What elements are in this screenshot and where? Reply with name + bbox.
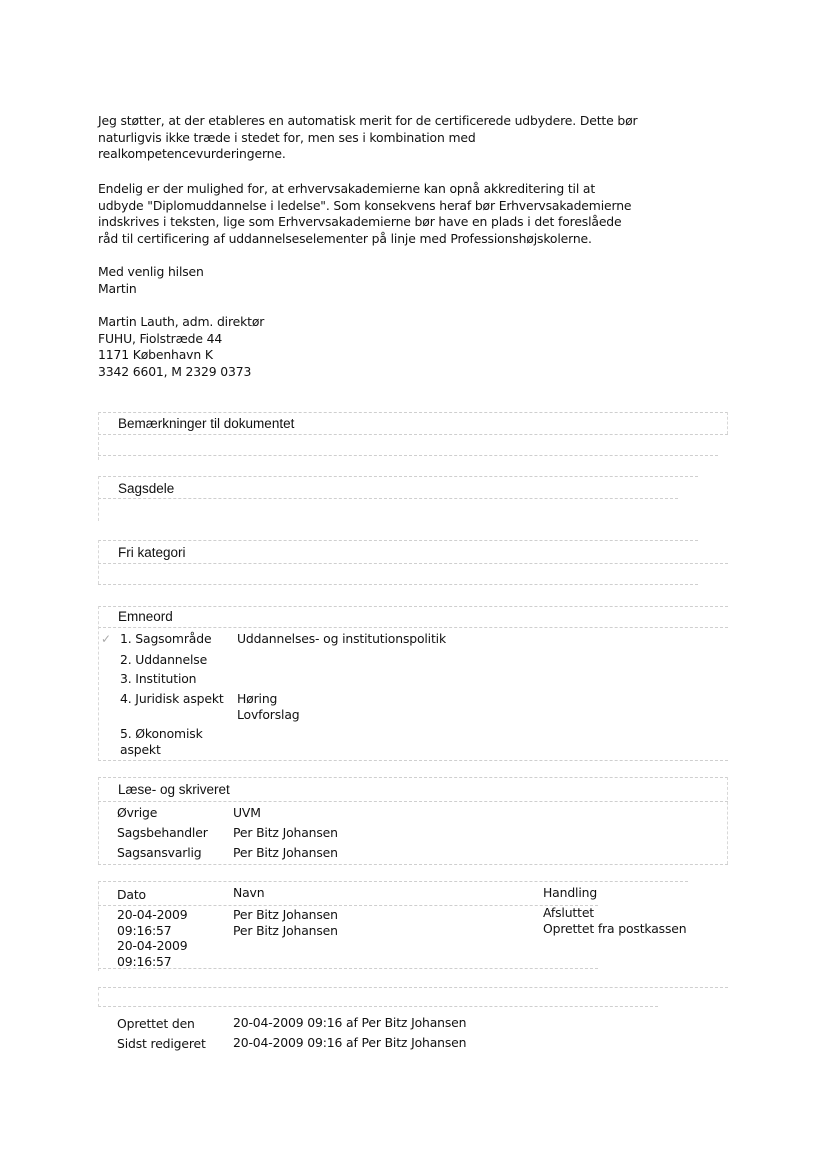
divider: [98, 627, 728, 628]
frame-edge: [98, 540, 99, 584]
signature-name: Martin Lauth, adm. direktør: [98, 314, 738, 331]
divider: [98, 476, 698, 477]
closing-greeting: Med venlig hilsen: [98, 264, 738, 281]
keyword-label: 4. Juridisk aspekt: [120, 689, 224, 709]
keyword-label-cont: aspekt: [120, 740, 161, 760]
history-header-date: Dato: [117, 885, 146, 905]
divider: [98, 760, 728, 761]
history-name: Per Bitz Johansen: [233, 907, 338, 923]
signature-city: 1171 København K: [98, 347, 738, 364]
edited-label: Sidst redigeret: [117, 1034, 206, 1054]
text-line: udbyde "Diplomuddannelse i ledelse". Som…: [98, 198, 738, 215]
frame-edge: [98, 476, 99, 521]
letter-paragraph-1: Jeg støtter, at der etableres en automat…: [98, 113, 738, 163]
date-line: 09:16:57: [117, 923, 188, 939]
signature-phone: 3342 6601, M 2329 0373: [98, 364, 738, 381]
date-line: 20-04-2009: [117, 938, 188, 954]
text-line: Endelig er der mulighed for, at erhvervs…: [98, 181, 738, 198]
check-icon: ✓: [101, 632, 111, 647]
history-header-name: Navn: [233, 883, 264, 903]
divider: [98, 987, 728, 988]
letter-signature: Martin Lauth, adm. direktør FUHU, Fiolst…: [98, 314, 738, 380]
signature-address: FUHU, Fiolstræde 44: [98, 331, 738, 348]
history-name: Per Bitz Johansen: [233, 923, 338, 939]
divider: [98, 606, 728, 607]
text-line: realkompetencevurderingerne.: [98, 146, 738, 163]
divider: [98, 1006, 658, 1007]
history-action: Oprettet fra postkassen: [543, 921, 686, 937]
created-value: 20-04-2009 09:16 af Per Bitz Johansen: [233, 1013, 466, 1033]
text-line: naturligvis ikke træde i stedet for, men…: [98, 130, 738, 147]
frame-edge: [727, 777, 728, 864]
frame-edge: [98, 987, 99, 1007]
edited-value: 20-04-2009 09:16 af Per Bitz Johansen: [233, 1033, 466, 1053]
created-label: Oprettet den: [117, 1014, 195, 1034]
history-date-cell: 20-04-2009 09:16:57 20-04-2009 09:16:57: [117, 907, 188, 969]
access-label: Øvrige: [117, 803, 157, 823]
keyword-value: Uddannelses- og institutionspolitik: [237, 629, 446, 649]
frame-edge: [98, 412, 99, 460]
closing-name: Martin: [98, 281, 738, 298]
text-line: Jeg støtter, at der etableres en automat…: [98, 113, 738, 130]
access-value: Per Bitz Johansen: [233, 823, 338, 843]
access-value: UVM: [233, 803, 261, 823]
keyword-label: 2. Uddannelse: [120, 650, 207, 670]
divider: [98, 864, 728, 865]
history-action: Afsluttet: [543, 905, 686, 921]
keywords-section-title: Emneord: [118, 609, 173, 624]
divider: [98, 881, 688, 882]
frame-edge: [98, 777, 99, 864]
access-section-title: Læse- og skriveret: [118, 782, 230, 797]
divider: [98, 801, 728, 802]
parts-section-title: Sagsdele: [118, 481, 174, 496]
free-category-section-title: Fri kategori: [118, 545, 186, 560]
keyword-label: 1. Sagsområde: [120, 629, 211, 649]
divider: [98, 498, 678, 499]
access-label: Sagsbehandler: [117, 823, 208, 843]
letter-paragraph-2: Endelig er der mulighed for, at erhvervs…: [98, 181, 738, 247]
remarks-section-title: Bemærkninger til dokumentet: [118, 416, 294, 431]
text-line: indskrives i teksten, lige som Erhvervsa…: [98, 214, 738, 231]
divider: [98, 563, 728, 564]
frame-edge: [98, 606, 99, 761]
access-label: Sagsansvarlig: [117, 843, 202, 863]
keyword-label: 3. Institution: [120, 669, 196, 689]
divider: [98, 777, 728, 778]
divider: [98, 540, 698, 541]
keyword-value: Lovforslag: [237, 705, 300, 725]
access-value: Per Bitz Johansen: [233, 843, 338, 863]
history-table-row: Per Bitz Johansen Per Bitz Johansen: [233, 907, 338, 938]
date-line: 20-04-2009: [117, 907, 188, 923]
divider: [98, 455, 718, 456]
divider: [98, 434, 728, 435]
date-line: 09:16:57: [117, 954, 188, 970]
divider: [98, 584, 698, 585]
history-table-row: Afsluttet Oprettet fra postkassen: [543, 905, 686, 936]
divider: [98, 905, 598, 906]
frame-edge: [98, 881, 99, 971]
frame-edge: [727, 412, 728, 434]
letter-closing: Med venlig hilsen Martin: [98, 264, 738, 297]
text-line: råd til certificering af uddannelseselem…: [98, 231, 738, 248]
divider: [98, 412, 728, 413]
history-header-action: Handling: [543, 883, 597, 903]
